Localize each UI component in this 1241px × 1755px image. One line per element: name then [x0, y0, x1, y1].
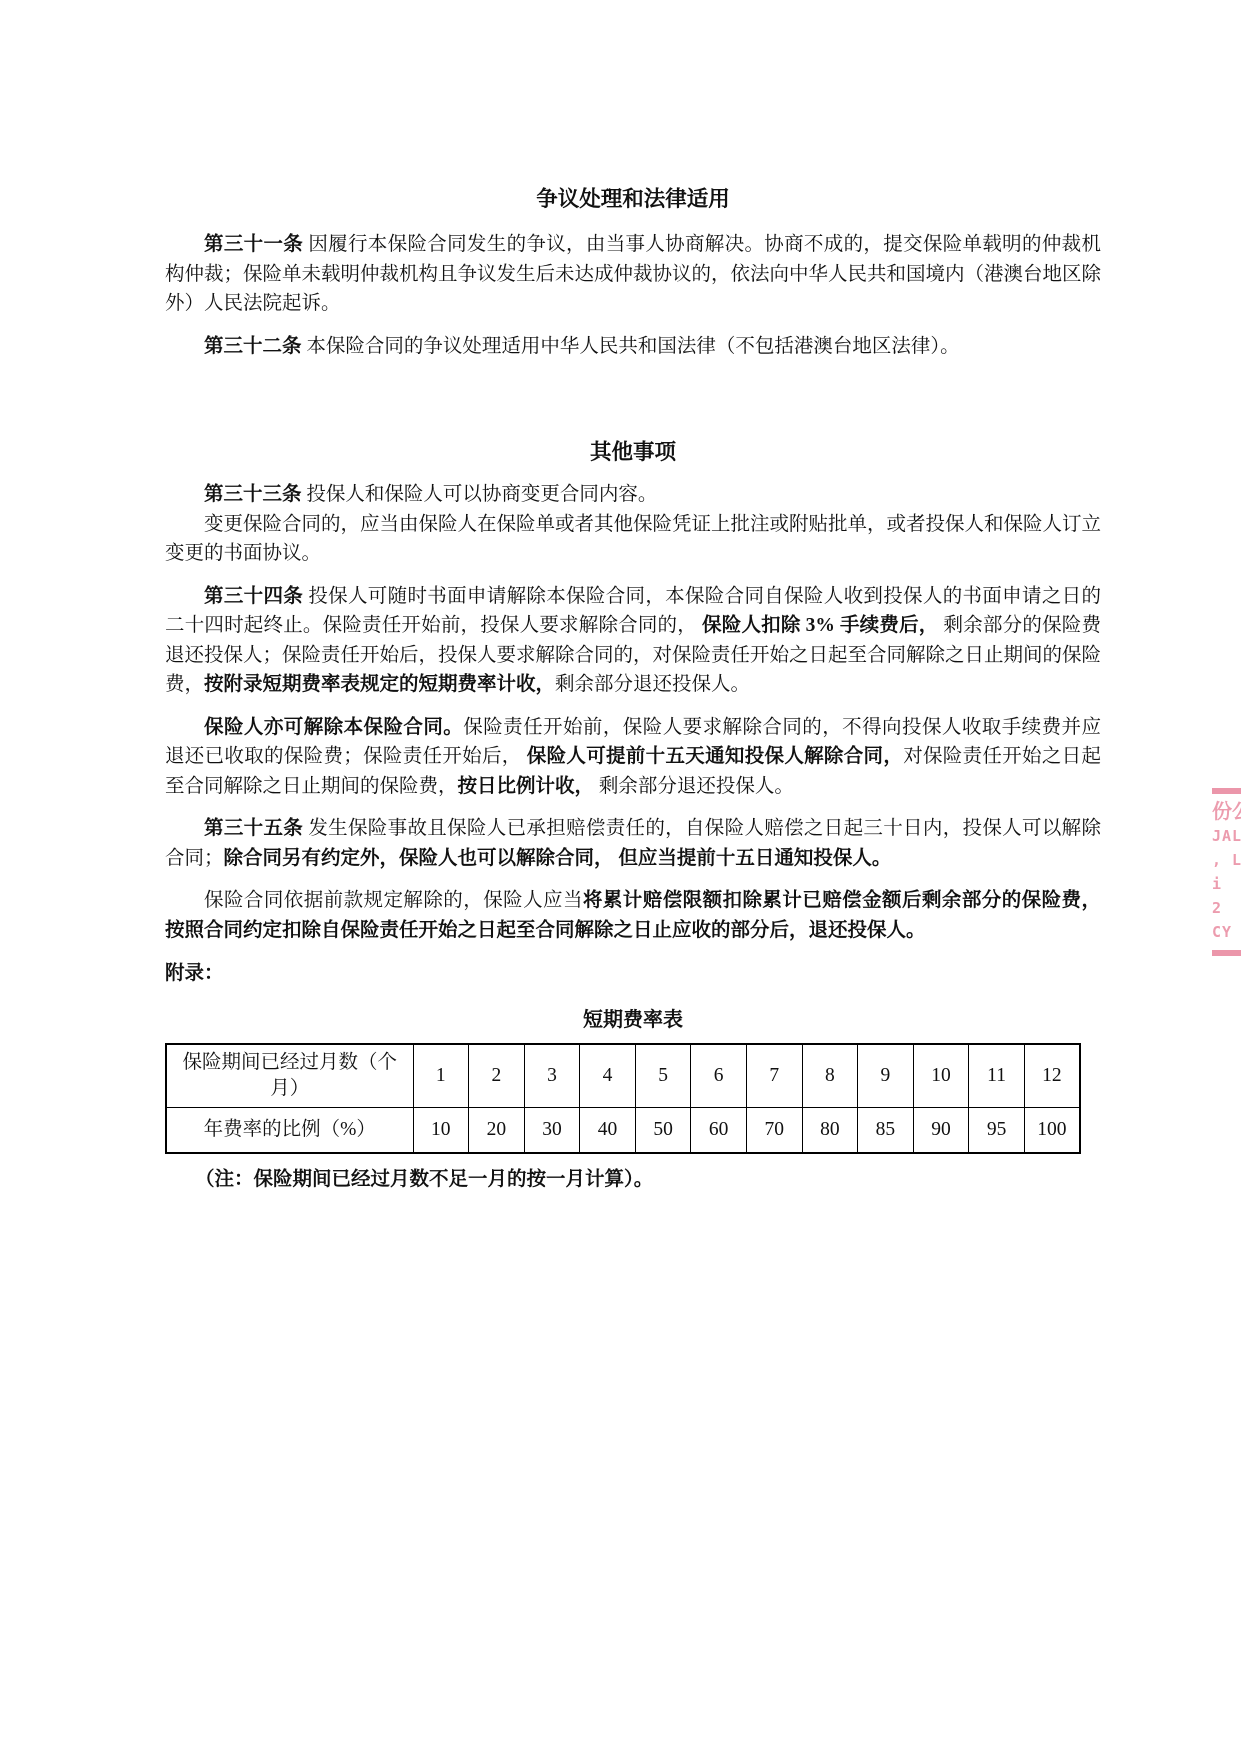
document-body: 争议处理和法律适用 第三十一条 因履行本保险合同发生的争议，由当事人协商解决。协…	[165, 184, 1101, 1194]
rate-table-row: 保险期间已经过月数（个月）123456789101112	[166, 1044, 1080, 1108]
bold-text-run: 第三十四条	[204, 586, 303, 607]
rate-table-cell: 60	[691, 1107, 747, 1153]
rate-table-note: （注：保险期间已经过月数不足一月的按一月计算）。	[165, 1165, 1101, 1195]
text-run: 因履行本保险合同发生的争议，由当事人协商解决。协商不成的，提交保险单载明的仲裁机…	[165, 234, 1101, 314]
rate-table-cell: 10	[913, 1044, 969, 1108]
rate-table-row-label: 年费率的比例（%）	[166, 1107, 413, 1153]
bold-text-run: 第三十五条	[204, 818, 303, 839]
rate-table-cell: 30	[524, 1107, 580, 1153]
paragraph-insurer-cancellation: 保险人亦可解除本保险合同。保险责任开始前，保险人要求解除合同的，不得向投保人收取…	[165, 713, 1101, 802]
stamp-fragment: , LT	[1212, 848, 1241, 872]
page: { "doc": { "heading_dispute": "争议处理和法律适用…	[0, 0, 1241, 1755]
rate-table-cell: 7	[746, 1044, 802, 1108]
rate-table-row: 年费率的比例（%）1020304050607080859095100	[166, 1107, 1080, 1153]
text-run: 剩余部分退还投保人。	[594, 776, 794, 797]
paragraph-article-33: 第三十三条 投保人和保险人可以协商变更合同内容。	[165, 480, 1101, 510]
stamp-fragment: CY	[1212, 920, 1241, 944]
rate-table-cell: 80	[802, 1107, 858, 1153]
rate-table-cell: 2	[469, 1044, 525, 1108]
stamp-text-fragments: 份公JAL, LTi2CY	[1212, 794, 1241, 944]
stamp-fragment: 份公	[1212, 798, 1241, 824]
paragraph-article-33-amendment: 变更保险合同的，应当由保险人在保险单或者其他保险凭证上批注或附贴批单，或者投保人…	[165, 510, 1101, 569]
company-stamp: 份公JAL, LTi2CY	[1212, 788, 1241, 974]
rate-table-cell: 90	[913, 1107, 969, 1153]
stamp-fragment: 2	[1212, 896, 1241, 920]
stamp-fragment: JAL	[1212, 824, 1241, 848]
bold-text-run: 保险人亦可解除本保险合同。	[204, 717, 463, 738]
rate-table-cell: 70	[746, 1107, 802, 1153]
stamp-fragment: i	[1212, 872, 1241, 896]
text-run: 剩余部分退还投保人。	[555, 674, 750, 695]
rate-table-cell: 50	[635, 1107, 691, 1153]
stamp-border-bottom	[1212, 950, 1241, 956]
bold-text-run: 按附录短期费率表规定的短期费率计收，	[204, 674, 555, 695]
rate-table-cell: 3	[524, 1044, 580, 1108]
bold-text-run: 第三十二条	[204, 336, 302, 357]
rate-table-cell: 9	[858, 1044, 914, 1108]
rate-table-cell: 95	[969, 1107, 1025, 1153]
paragraph-article-35: 第三十五条 发生保险事故且保险人已承担赔偿责任的，自保险人赔偿之日起三十日内，投…	[165, 814, 1101, 873]
rate-table-cell: 5	[635, 1044, 691, 1108]
rate-table-cell: 100	[1024, 1107, 1080, 1153]
rate-table-title: 短期费率表	[165, 1005, 1101, 1035]
rate-table-cell: 4	[580, 1044, 636, 1108]
rate-table-cell: 10	[413, 1107, 469, 1153]
bold-text-run: 保险人可提前十五天通知投保人解除合同，	[527, 746, 903, 767]
paragraph-article-31: 第三十一条 因履行本保险合同发生的争议，由当事人协商解决。协商不成的，提交保险单…	[165, 230, 1101, 319]
bold-text-run: （注：保险期间已经过月数不足一月的按一月计算）。	[195, 1169, 653, 1190]
section-heading-other-matters: 其他事项	[165, 437, 1101, 467]
section-heading-dispute: 争议处理和法律适用	[165, 184, 1101, 214]
bold-text-run: 第三十一条	[204, 234, 303, 255]
text-run: 投保人和保险人可以协商变更合同内容。	[302, 484, 658, 505]
bold-text-run: 按日比例计收，	[458, 776, 595, 797]
rate-table-row-label: 保险期间已经过月数（个月）	[166, 1044, 413, 1108]
paragraph-article-32: 第三十二条 本保险合同的争议处理适用中华人民共和国法律（不包括港澳台地区法律）。	[165, 332, 1101, 362]
rate-table-cell: 6	[691, 1044, 747, 1108]
rate-table-cell: 40	[580, 1107, 636, 1153]
rate-table-cell: 8	[802, 1044, 858, 1108]
short-term-rate-table: 保险期间已经过月数（个月）123456789101112年费率的比例（%）102…	[165, 1043, 1081, 1154]
paragraph-article-34: 第三十四条 投保人可随时书面申请解除本保险合同，本保险合同自保险人收到投保人的书…	[165, 582, 1101, 700]
bold-text-run: 保险人扣除 3% 手续费后，	[702, 615, 938, 636]
rate-table-body: 保险期间已经过月数（个月）123456789101112年费率的比例（%）102…	[166, 1044, 1080, 1153]
text-run: 本保险合同的争议处理适用中华人民共和国法律（不包括港澳台地区法律）。	[302, 336, 960, 357]
text-run: 保险合同依据前款规定解除的，保险人应当	[204, 890, 583, 911]
rate-table-cell: 1	[413, 1044, 469, 1108]
bold-text-run: 除合同另有约定外，保险人也可以解除合同， 但应当提前十五日通知投保人。	[224, 848, 892, 869]
bold-text-run: 第三十三条	[204, 484, 302, 505]
rate-table-cell: 12	[1024, 1044, 1080, 1108]
rate-table-cell: 20	[469, 1107, 525, 1153]
appendix-label: 附录：	[165, 959, 1101, 989]
text-run: 变更保险合同的，应当由保险人在保险单或者其他保险凭证上批注或附贴批单，或者投保人…	[165, 514, 1101, 565]
rate-table-cell: 11	[969, 1044, 1025, 1108]
rate-table-cell: 85	[858, 1107, 914, 1153]
paragraph-refund-rule: 保险合同依据前款规定解除的，保险人应当将累计赔偿限额扣除累计已赔偿金额后剩余部分…	[165, 886, 1101, 945]
stamp-border-top	[1212, 788, 1241, 794]
